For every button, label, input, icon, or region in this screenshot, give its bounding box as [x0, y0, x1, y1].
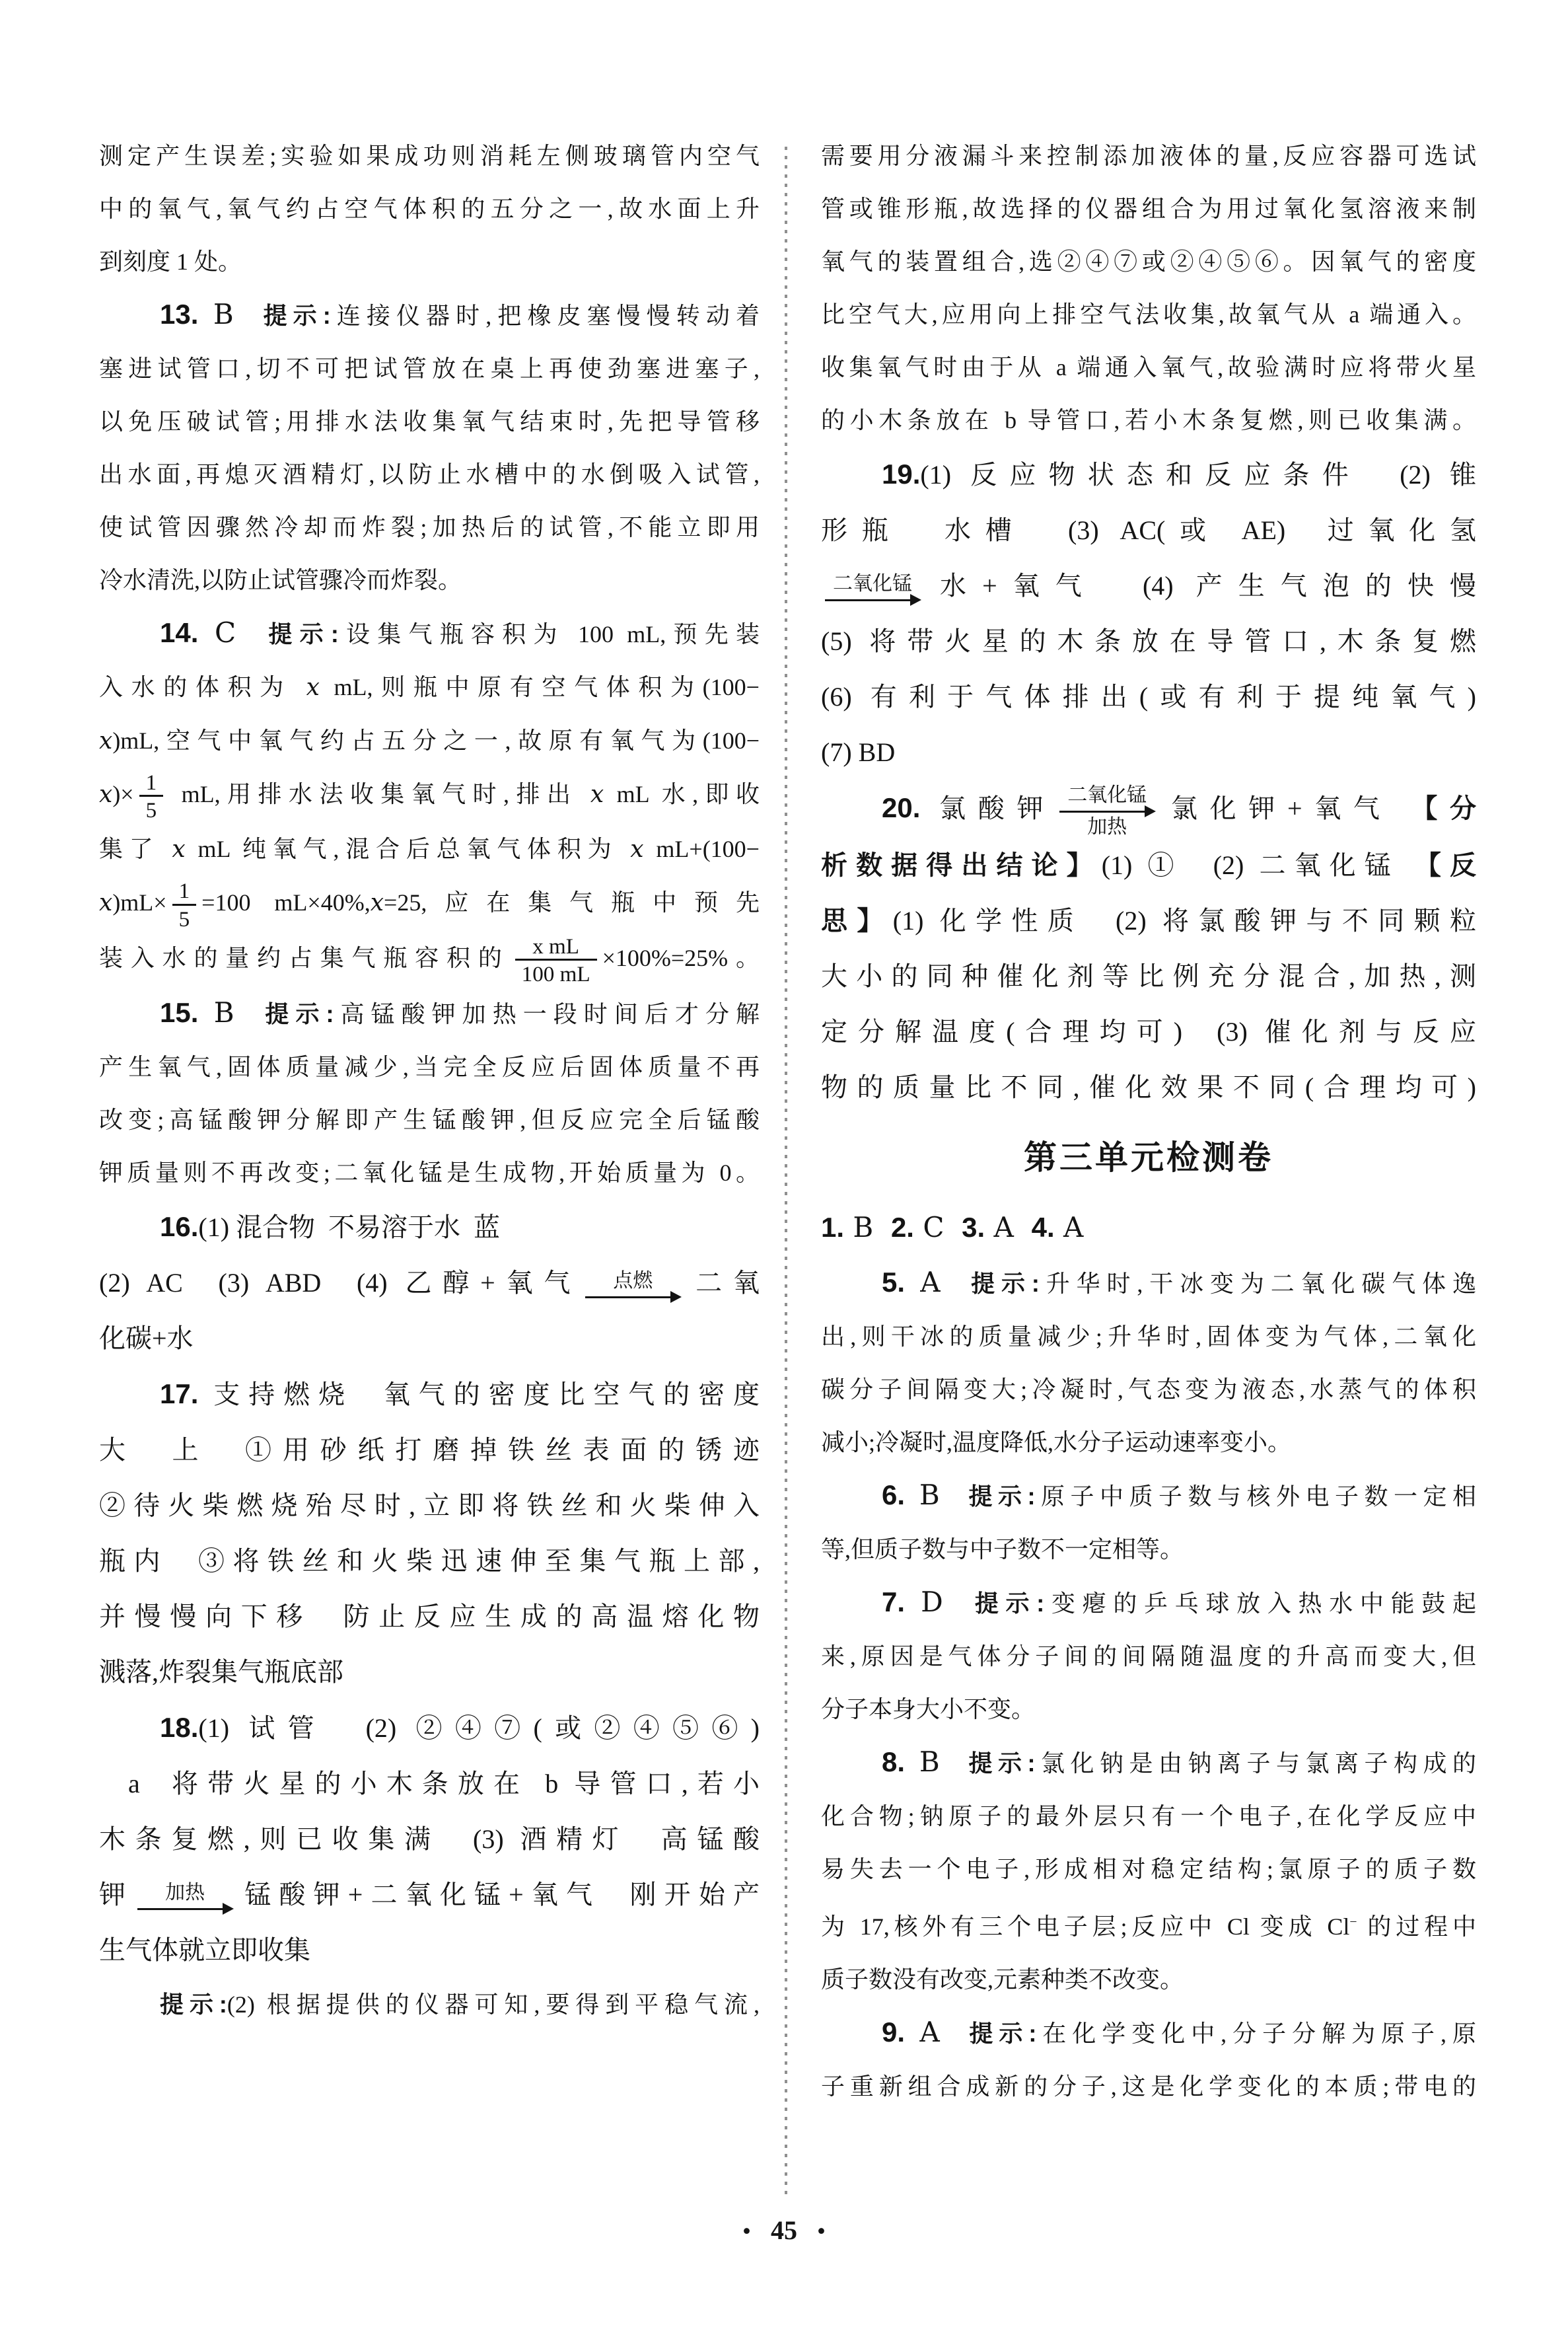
arrow-condition-top: 二氧化锰: [1063, 784, 1151, 806]
question-number: 6.: [882, 1479, 905, 1510]
answer-letter: A: [905, 1266, 971, 1298]
text-run: 高锰酸钾加热一段时间后才分解: [334, 1001, 760, 1027]
text-line: 集了 x mL 纯氧气,混合后总氧气体积为 x mL+(100−: [99, 823, 760, 876]
bold-bracket-text: 【反: [1415, 851, 1476, 880]
text-run: =100 mL×40%,: [201, 889, 371, 916]
hint-label: 提示:: [264, 302, 331, 329]
text-run: 连接仪器时,把橡皮塞慢慢转动着: [331, 303, 760, 329]
page-footer: •45•: [0, 2215, 1568, 2246]
text-line: 大 上 ①用砂纸打磨掉铁丝表面的锈迹: [99, 1422, 760, 1478]
text-line: 20. 氯酸钾二氧化锰加热氯化钾+氧气 【分: [821, 780, 1476, 838]
column-divider: [785, 147, 787, 2195]
text-line: 产生氧气,固体质量减少,当完全反应后固体质量不再: [99, 1041, 760, 1093]
text-line: 物的质量比不同,催化效果不同(合理均可): [821, 1060, 1476, 1115]
text-line: 塞进试管口,切不可把试管放在桌上再使劲塞进塞子,: [99, 342, 760, 395]
footer-dot-left: •: [742, 2218, 751, 2245]
hint-label: 提示:: [968, 1483, 1035, 1510]
text-run: 入水的体积为: [99, 674, 306, 700]
text-line: 测定产生误差;实验如果成功则消耗左侧玻璃管内空气: [99, 129, 760, 182]
text-line: x)×15 mL,用排水法收集氧气时,排出 x mL 水,即收: [99, 768, 760, 823]
hint-label: 提示:: [971, 1270, 1040, 1297]
text-run: 来,原因是气体分子间的间隔随温度的升高而变大,但: [821, 1643, 1476, 1670]
question-number: 14.: [160, 617, 198, 648]
text-run: 出,则干冰的质量减少;升华时,固体变为气体,二氧化: [821, 1323, 1476, 1350]
text-line: 出,则干冰的质量减少;升华时,固体变为气体,二氧化: [821, 1310, 1476, 1363]
text-run: ②待火柴燃烧殆尽时,立即将铁丝和火柴伸入: [99, 1491, 760, 1520]
text-run: 中的氧气,氧气约占空气体积的五分之一,故水面上升: [99, 196, 760, 222]
fraction: x mL100 mL: [515, 934, 597, 986]
text-run: (6) 有利于气体排出(或有利于提纯氧气): [821, 682, 1476, 712]
arrow-condition-top: 二氧化锰: [829, 573, 916, 595]
text-run: (1) 试管 (2) ②④⑦(或②④⑤⑥): [198, 1713, 760, 1743]
fraction-numerator: x mL: [526, 934, 586, 959]
text-run: (2) 根据提供的仪器可知,要得到平稳气流,: [227, 1991, 760, 2018]
hint-label: 提示:: [968, 1750, 1035, 1777]
text-run: 物的质量比不同,催化效果不同(合理均可): [821, 1072, 1476, 1102]
text-run: 生气体就立即收集: [99, 1935, 310, 1965]
text-line: 装入水的量约占集气瓶容积的x mL100 mL×100%=25%。: [99, 932, 760, 986]
arrow-condition-top: 点燃: [609, 1270, 657, 1292]
text-line: 氧气的装置组合,选②④⑦或②④⑤⑥。因氧气的密度: [821, 235, 1476, 288]
text-run: 产生氧气,固体质量减少,当完全反应后固体质量不再: [99, 1054, 760, 1080]
text-line: 木条复燃,则已收集满 (3) 酒精灯 高锰酸: [99, 1812, 760, 1867]
text-line: 15. B 提示:高锰酸钾加热一段时间后才分解: [99, 986, 760, 1041]
text-line: 比空气大,应用向上排空气法收集,故氧气从 a 端通入。: [821, 288, 1476, 341]
text-run: 的小木条放在 b 导管口,若小木条复燃,则已收集满。: [821, 407, 1476, 433]
arrow-condition-top: 加热: [161, 1882, 209, 1903]
text-run: 冷水清洗,以防止试管骤冷而炸裂。: [99, 567, 462, 593]
text-run: 大小的同种催化剂等比例充分混合,加热,测: [821, 961, 1476, 991]
footer-dot-right: •: [817, 2218, 826, 2245]
text-run: (1) 反应物状态和反应条件 (2) 锥: [920, 460, 1476, 490]
text-run: 氧气的装置组合,选②④⑦或②④⑤⑥。因氧气的密度: [821, 248, 1476, 275]
text-line: 17. 支持燃烧 氧气的密度比空气的密度: [99, 1366, 760, 1422]
answer-letter: C: [914, 1211, 962, 1243]
text-line: 生气体就立即收集: [99, 1923, 760, 1978]
text-run: (2) AC (3) ABD (4) 乙醇+氧气: [99, 1268, 581, 1298]
text-line: 化合物;钠原子的最外层只有一个电子,在化学反应中: [821, 1790, 1476, 1843]
text-run: (1) ① (2) 二氧化锰: [1102, 850, 1415, 880]
text-line: 化碳+水: [99, 1311, 760, 1366]
text-line: 9. A 提示:在化学变化中,分子分解为原子,原: [821, 2006, 1476, 2060]
math-variable: x: [306, 674, 320, 701]
text-run: 子重新组合成新的分子,这是化学变化的本质;带电的: [821, 2073, 1476, 2100]
text-line: 18.(1) 试管 (2) ②④⑦(或②④⑤⑥): [99, 1700, 760, 1756]
text-line: (6) 有利于气体排出(或有利于提纯氧气): [821, 669, 1476, 725]
question-number: 2.: [891, 1212, 914, 1243]
text-run: mL 水,即收: [604, 781, 760, 807]
text-run: mL 纯氧气,混合后总氧气体积为: [186, 836, 631, 862]
text-line: ②待火柴燃烧殆尽时,立即将铁丝和火柴伸入: [99, 1478, 760, 1533]
text-line: 等,但质子数与中子数不一定相等。: [821, 1523, 1476, 1576]
text-run: (1) 化学性质 (2) 将氯酸钾与不同颗粒: [893, 906, 1476, 936]
text-line: 改变;高锰酸钾分解即产生锰酸钾,但反应完全后锰酸: [99, 1093, 760, 1146]
question-number: 3.: [962, 1212, 985, 1243]
question-number: 4.: [1032, 1212, 1055, 1243]
math-variable: x: [99, 781, 112, 808]
answer-letter: B: [844, 1211, 891, 1243]
question-number: 18.: [160, 1712, 198, 1743]
text-run: 收集氧气时由于从 a 端通入氧气,故验满时应将带火星: [821, 354, 1476, 381]
bold-bracket-text: 思】: [821, 906, 893, 936]
hint-label: 提示:: [975, 1590, 1044, 1617]
text-run: 氯化钠是由钠离子与氯离子构成的: [1035, 1750, 1476, 1777]
question-number: 13.: [160, 299, 198, 330]
text-line: 子重新组合成新的分子,这是化学变化的本质;带电的: [821, 2060, 1476, 2113]
text-line: 析数据得出结论】(1) ① (2) 二氧化锰 【反: [821, 838, 1476, 893]
fraction: 15: [172, 879, 197, 931]
text-line: 8. B 提示:氯化钠是由钠离子与氯离子构成的: [821, 1736, 1476, 1790]
text-run: 测定产生误差;实验如果成功则消耗左侧玻璃管内空气: [99, 143, 760, 169]
text-line: 19.(1) 反应物状态和反应条件 (2) 锥: [821, 447, 1476, 503]
text-line: 来,原因是气体分子间的间隔随温度的升高而变大,但: [821, 1630, 1476, 1683]
text-line: 提示:(2) 根据提供的仪器可知,要得到平稳气流,: [99, 1978, 760, 2031]
text-run: 以免压破试管;用排水法收集氧气结束时,先把导管移: [99, 408, 760, 435]
text-line: 碳分子间隔变大;冷凝时,气态变为液态,水蒸气的体积: [821, 1363, 1476, 1416]
text-line: 的小木条放在 b 导管口,若小木条复燃,则已收集满。: [821, 394, 1476, 447]
question-number: 20.: [882, 792, 920, 823]
text-run: 的过程中: [1357, 1913, 1476, 1940]
question-number: 19.: [882, 459, 920, 490]
text-run: 化合物;钠原子的最外层只有一个电子,在化学反应中: [821, 1803, 1476, 1829]
text-line: 瓶内 ③将铁丝和火柴迅速伸至集气瓶上部,: [99, 1533, 760, 1589]
reaction-condition-arrow: 二氧化锰加热: [1059, 784, 1155, 838]
math-variable: x: [172, 836, 185, 863]
text-line: 5. A 提示:升华时,干冰变为二氧化碳气体逸: [821, 1256, 1476, 1310]
text-line: 溅落,炸裂集气瓶底部: [99, 1644, 760, 1700]
text-run: )×: [112, 781, 133, 807]
text-line: 到刻度 1 处。: [99, 235, 760, 288]
superscript: −: [1349, 1915, 1357, 1929]
answer-key-page: 测定产生误差;实验如果成功则消耗左侧玻璃管内空气中的氧气,氧气约占空气体积的五分…: [0, 0, 1568, 2325]
text-line: a 将带火星的小木条放在 b 导管口,若小: [99, 1756, 760, 1812]
text-run: 塞进试管口,切不可把试管放在桌上再使劲塞进塞子,: [99, 355, 760, 382]
bold-bracket-text: 【分: [1411, 794, 1476, 823]
text-run: (5) 将带火星的木条放在导管口,木条复燃: [821, 626, 1476, 656]
text-run: 易失去一个电子,形成相对稳定结构;氯原子的质子数: [821, 1856, 1476, 1882]
question-number: 7.: [882, 1586, 905, 1617]
text-run: 升华时,干冰变为二氧化碳气体逸: [1040, 1271, 1476, 1297]
fraction-denominator: 5: [139, 795, 164, 823]
text-line: x)mL×15=100 mL×40%,x=25,应在集气瓶中预先: [99, 876, 760, 931]
text-run: (1) 混合物 不易溶于水 蓝: [198, 1212, 500, 1242]
text-line: 1. B 2. C 3. A 4. A: [821, 1200, 1476, 1256]
answer-letter: B: [905, 1479, 968, 1511]
question-number: 1.: [821, 1212, 844, 1243]
text-run: 水+氧气 (4) 产生气泡的快慢: [924, 571, 1476, 601]
text-line: 定分解温度(合理均可) (3) 催化剂与反应: [821, 1004, 1476, 1060]
math-variable: x: [99, 889, 112, 916]
text-line: 中的氧气,氧气约占空气体积的五分之一,故水面上升: [99, 182, 760, 235]
text-run: 并慢慢向下移 防止反应生成的高温熔化物: [99, 1602, 760, 1631]
text-line: 入水的体积为 x mL,则瓶中原有空气体积为(100−: [99, 661, 760, 714]
answer-letter: B: [905, 1746, 968, 1778]
text-run: 支持燃烧 氧气的密度比空气的密度: [198, 1380, 760, 1409]
text-line: 管或锥形瓶,故选择的仪器组合为用过氧化氢溶液来制: [821, 182, 1476, 235]
text-run: mL+(100−: [644, 836, 760, 862]
text-line: 质子数没有改变,元素种类不改变。: [821, 1953, 1476, 2006]
text-run: )mL×: [112, 889, 166, 916]
text-run: 锰酸钾+二氧化锰+氧气 刚开始产: [236, 1880, 760, 1909]
answer-letter: B: [198, 298, 263, 330]
answer-letter: B: [198, 996, 265, 1029]
text-run: 管或锥形瓶,故选择的仪器组合为用过氧化氢溶液来制: [821, 196, 1476, 222]
text-line: 为 17,核外有三个电子层;反应中 Cl 变成 Cl− 的过程中: [821, 1896, 1476, 1953]
arrow-shaft-icon: [585, 1296, 671, 1298]
reaction-condition-arrow: 二氧化锰: [825, 573, 920, 605]
text-run: )mL,空气中氧气约占五分之一,故原有氧气为(100−: [112, 727, 760, 754]
fraction-numerator: 1: [139, 770, 164, 795]
text-run: mL,用排水法收集氧气时,排出: [168, 781, 590, 807]
answer-letter: A: [985, 1211, 1031, 1243]
text-line: 出水面,再熄灭酒精灯,以防止水槽中的水倒吸入试管,: [99, 448, 760, 501]
bold-bracket-text: 析数据得出结论】: [821, 851, 1102, 880]
text-run: 比空气大,应用向上排空气法收集,故氧气从 a 端通入。: [821, 301, 1476, 328]
hint-label: 提示:: [969, 2020, 1036, 2047]
text-run: mL,则瓶中原有空气体积为(100−: [320, 674, 760, 700]
text-run: 装入水的量约占集气瓶容积的: [99, 945, 510, 971]
question-number: 5.: [882, 1267, 905, 1298]
answer-letter: A: [1055, 1211, 1084, 1243]
fraction-denominator: 5: [172, 904, 197, 932]
question-number: 9.: [882, 2016, 905, 2048]
section-heading: 第三单元检测卷: [821, 1115, 1476, 1200]
text-line: 使试管因骤然冷却而炸裂;加热后的试管,不能立即用: [99, 501, 760, 554]
hint-label: 提示:: [265, 1000, 334, 1027]
question-number: 17.: [160, 1378, 198, 1409]
text-run: 氯酸钾: [920, 793, 1055, 823]
text-run: (7) BD: [821, 737, 895, 767]
text-run: ×100%=25%。: [602, 945, 760, 971]
text-run: 质子数没有改变,元素种类不改变。: [821, 1966, 1184, 1993]
fraction-numerator: 1: [172, 879, 197, 903]
text-line: 14. C 提示:设集气瓶容积为 100 mL,预先装: [99, 607, 760, 661]
text-run: 形瓶 水槽 (3) AC(或 AE) 过氧化氢: [821, 515, 1476, 545]
text-line: x)mL,空气中氧气约占五分之一,故原有氧气为(100−: [99, 714, 760, 768]
fraction-denominator: 100 mL: [515, 959, 597, 986]
text-run: 钾质量则不再改变;二氧化锰是生成物,开始质量为 0。: [99, 1160, 760, 1186]
text-line: 思】(1) 化学性质 (2) 将氯酸钾与不同颗粒: [821, 893, 1476, 949]
question-number: 8.: [882, 1746, 905, 1777]
text-line: 需要用分液漏斗来控制添加液体的量,反应容器可选试: [821, 129, 1476, 182]
text-run: 减小;冷凝时,温度降低,水分子运动速率变小。: [821, 1429, 1291, 1456]
text-line: (5) 将带火星的木条放在导管口,木条复燃: [821, 614, 1476, 669]
hint-label: 提示:: [268, 620, 338, 647]
math-variable: x: [630, 836, 643, 863]
text-line: 并慢慢向下移 防止反应生成的高温熔化物: [99, 1589, 760, 1644]
question-number: 16.: [160, 1211, 198, 1242]
text-run: 为 17,核外有三个电子层;反应中 Cl 变成 Cl: [821, 1913, 1349, 1940]
text-run: =25,应在集气瓶中预先: [384, 889, 760, 916]
hint-label: 提示:: [160, 1991, 227, 2018]
text-line: 16.(1) 混合物 不易溶于水 蓝: [99, 1199, 760, 1255]
text-line: 以免压破试管;用排水法收集氧气结束时,先把导管移: [99, 395, 760, 448]
text-run: 需要用分液漏斗来控制添加液体的量,反应容器可选试: [821, 143, 1476, 169]
math-variable: x: [99, 727, 112, 755]
text-line: 形瓶 水槽 (3) AC(或 AE) 过氧化氢: [821, 503, 1476, 558]
left-column: 测定产生误差;实验如果成功则消耗左侧玻璃管内空气中的氧气,氧气约占空气体积的五分…: [99, 129, 760, 2031]
text-line: 冷水清洗,以防止试管骤冷而炸裂。: [99, 554, 760, 607]
text-run: 分子本身大小不变。: [821, 1696, 1035, 1722]
text-run: 等,但质子数与中子数不一定相等。: [821, 1536, 1184, 1563]
text-run: 在化学变化中,分子分解为原子,原: [1036, 2020, 1476, 2047]
text-run: 木条复燃,则已收集满 (3) 酒精灯 高锰酸: [99, 1824, 760, 1854]
fraction: 15: [139, 770, 164, 823]
text-line: 6. B 提示:原子中质子数与核外电子数一定相: [821, 1469, 1476, 1523]
text-run: 使试管因骤然冷却而炸裂;加热后的试管,不能立即用: [99, 514, 760, 540]
text-run: 集了: [99, 836, 172, 862]
arrow-shaft-icon: [825, 599, 911, 601]
text-run: 定分解温度(合理均可) (3) 催化剂与反应: [821, 1017, 1476, 1047]
text-run: 到刻度 1 处。: [99, 248, 242, 275]
text-run: 二氧: [684, 1268, 760, 1298]
text-run: 第三单元检测卷: [1024, 1139, 1273, 1176]
text-line: 减小;冷凝时,温度降低,水分子运动速率变小。: [821, 1416, 1476, 1469]
text-line: 大小的同种催化剂等比例充分混合,加热,测: [821, 949, 1476, 1004]
text-line: 收集氧气时由于从 a 端通入氧气,故验满时应将带火星: [821, 341, 1476, 394]
text-run: 化碳+水: [99, 1323, 194, 1353]
text-line: 易失去一个电子,形成相对稳定结构;氯原子的质子数: [821, 1843, 1476, 1896]
math-variable: x: [590, 781, 604, 808]
text-run: 设集气瓶容积为 100 mL,预先装: [339, 621, 760, 647]
text-line: 7. D 提示:变瘪的乒乓球放入热水中能鼓起: [821, 1576, 1476, 1630]
text-run: 原子中质子数与核外电子数一定相: [1035, 1483, 1476, 1510]
text-run: 大 上 ①用砂纸打磨掉铁丝表面的锈迹: [99, 1435, 760, 1465]
text-run: a 将带火星的小木条放在 b 导管口,若小: [128, 1769, 760, 1798]
arrow-shaft-icon: [1059, 811, 1145, 813]
text-line: 13. B 提示:连接仪器时,把橡皮塞慢慢转动着: [99, 288, 760, 342]
reaction-condition-arrow: 加热: [137, 1882, 232, 1913]
text-run: 氯化钾+氧气: [1158, 793, 1411, 823]
arrow-condition-bottom: 加热: [1083, 816, 1131, 838]
page-number: 45: [771, 2215, 797, 2245]
text-line: 钾质量则不再改变;二氧化锰是生成物,开始质量为 0。: [99, 1146, 760, 1199]
text-run: 出水面,再熄灭酒精灯,以防止水槽中的水倒吸入试管,: [99, 461, 760, 488]
text-line: 钾加热锰酸钾+二氧化锰+氧气 刚开始产: [99, 1867, 760, 1923]
text-run: 变瘪的乒乓球放入热水中能鼓起: [1044, 1590, 1476, 1617]
arrow-shaft-icon: [137, 1908, 223, 1910]
text-run: 改变;高锰酸钾分解即产生锰酸钾,但反应完全后锰酸: [99, 1107, 760, 1133]
question-number: 15.: [160, 997, 198, 1028]
text-run: 瓶内 ③将铁丝和火柴迅速伸至集气瓶上部,: [99, 1546, 760, 1576]
math-variable: x: [371, 889, 384, 916]
reaction-condition-arrow: 点燃: [585, 1270, 680, 1302]
text-line: (7) BD: [821, 725, 1476, 780]
text-run: 溅落,炸裂集气瓶底部: [99, 1657, 343, 1687]
text-run: 钾: [99, 1880, 133, 1909]
text-line: (2) AC (3) ABD (4) 乙醇+氧气点燃二氧: [99, 1255, 760, 1311]
text-line: 分子本身大小不变。: [821, 1683, 1476, 1736]
text-run: 碳分子间隔变大;冷凝时,气态变为液态,水蒸气的体积: [821, 1376, 1476, 1403]
text-line: 二氧化锰水+氧气 (4) 产生气泡的快慢: [821, 558, 1476, 614]
answer-letter: A: [905, 2016, 969, 2048]
right-column: 需要用分液漏斗来控制添加液体的量,反应容器可选试管或锥形瓶,故选择的仪器组合为用…: [821, 129, 1476, 2113]
answer-letter: C: [198, 616, 268, 649]
answer-letter: D: [905, 1586, 975, 1618]
